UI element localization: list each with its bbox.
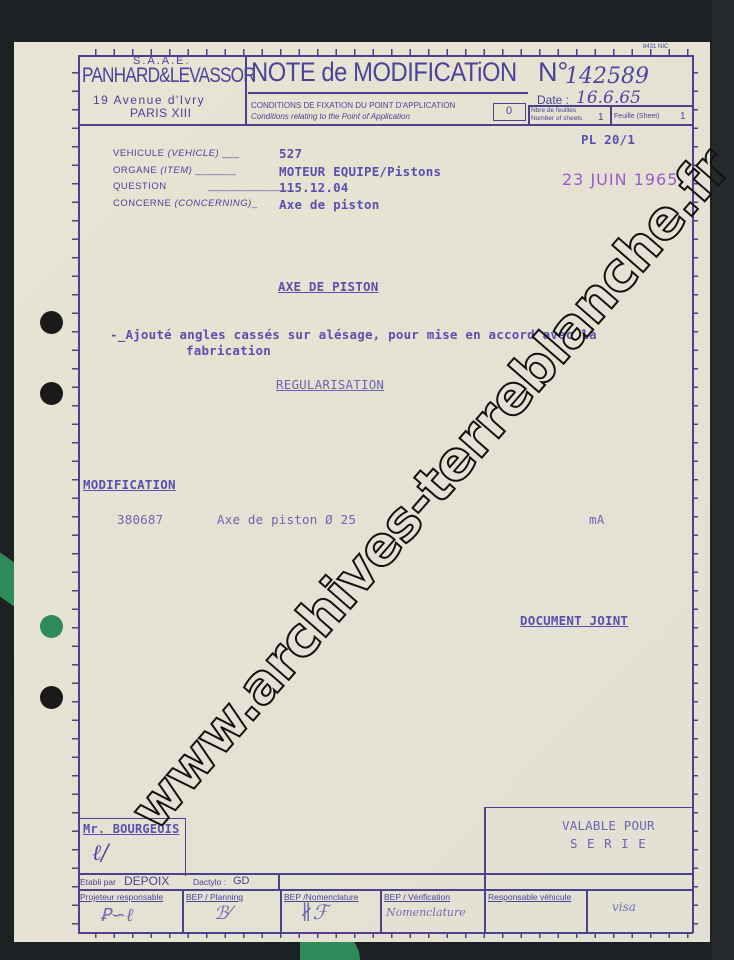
sheets-label-fr: Nbre de feuilles (531, 107, 576, 114)
frame-left-border (78, 55, 80, 933)
header-title-underline (248, 92, 528, 94)
established-by-label: Etabli par (80, 877, 116, 887)
header-bottom-line (78, 124, 693, 126)
conditions-label-en: Conditions relating to the Point of Appl… (251, 112, 410, 121)
footer-col-label: Responsable véhicule (488, 892, 571, 902)
footer-col-label: BEP / Planning (186, 892, 243, 902)
note-number: 142589 (565, 64, 649, 89)
footer-mid-line (78, 889, 693, 891)
date-value: 16.6.65 (576, 88, 641, 108)
footer-col-label: Projeteur responsable (80, 892, 163, 902)
signature-projeteur: Ꝑ∽ℓ (100, 905, 133, 926)
validity-line-1: VALABLE POUR (562, 818, 655, 833)
footer-col-label: BEP / Vérification (384, 892, 450, 902)
form-code: 8431 NIC (643, 44, 668, 50)
company-address: 19 Avenue d'Ivry (93, 93, 205, 107)
sheets-value: 1 (598, 112, 604, 123)
field-vehicle-label: VEHICULE (VEHICLE) ___ (113, 148, 240, 159)
field-concerning-label: CONCERNE (CONCERNING)_ (113, 198, 258, 209)
date-label: Date : (537, 93, 569, 107)
sheets-divider (528, 105, 530, 125)
typist-value: GD (233, 875, 250, 887)
company-name: PANHARD&LEVASSOR (82, 64, 255, 88)
field-question-label: QUESTION _______________ (113, 181, 295, 192)
field-item-value: MOTEUR EQUIPE/Pistons (279, 164, 441, 179)
footer-col-divider (280, 889, 282, 933)
part-number: 380687 (117, 512, 163, 527)
ruler-ticks-left (72, 55, 78, 933)
signature-verification: Nomenclature (386, 906, 466, 919)
signature-planning: ℬ⁄ (214, 903, 231, 924)
field-item-label: ORGANE (ITEM) _______ (113, 165, 236, 176)
footer-col-divider (484, 807, 486, 933)
field-concerning-value: Axe de piston (279, 197, 379, 212)
ruler-ticks-bottom (78, 932, 693, 938)
modification-heading: MODIFICATION (83, 477, 176, 492)
signatory-signature: ℓ/ (92, 840, 109, 866)
background-edge (712, 0, 734, 960)
sheet-divider (610, 105, 612, 125)
field-question-value: 115.12.04 (279, 180, 349, 195)
number-label: N° (538, 57, 568, 88)
part-description: Axe de piston Ø 25 (217, 512, 356, 527)
company-city: PARIS XIII (130, 106, 191, 120)
part-code: mA (589, 512, 604, 527)
regularisation-label: REGULARISATION (276, 377, 384, 392)
typist-label: Dactylo : (193, 877, 226, 887)
punch-hole (40, 686, 63, 709)
field-vehicle-value: 527 (279, 146, 302, 161)
footer-col-divider (380, 889, 382, 933)
sheet-value: 1 (680, 111, 686, 122)
footer-col-divider (182, 889, 184, 933)
reference-code: PL 20/1 (581, 132, 635, 147)
punch-hole (40, 382, 63, 405)
description-line-2: fabrication (186, 343, 271, 358)
page-title: NOTE de MODIFICATiON (251, 57, 517, 88)
signature-visa: visa (612, 900, 636, 914)
footer-top-line (78, 873, 693, 875)
section-heading: AXE DE PISTON (278, 279, 378, 294)
punch-hole (40, 615, 63, 638)
sheets-label-en: Number of sheets (531, 115, 582, 122)
document-joint-label: DOCUMENT JOINT (520, 613, 628, 628)
established-by-value: DEPOIX (124, 874, 169, 888)
footer-divider (278, 873, 280, 889)
conditions-value: 0 (506, 105, 512, 117)
conditions-label-fr: CONDITIONS DE FIXATION DU POINT D'APPLIC… (251, 101, 455, 110)
validity-line-2: S E R I E (570, 836, 647, 851)
sheet-label: Feuille (Sheet) (614, 113, 660, 120)
punch-hole (40, 311, 63, 334)
footer-col-divider (586, 889, 588, 933)
signature-nomenclature: ∦ℱ (300, 900, 328, 924)
